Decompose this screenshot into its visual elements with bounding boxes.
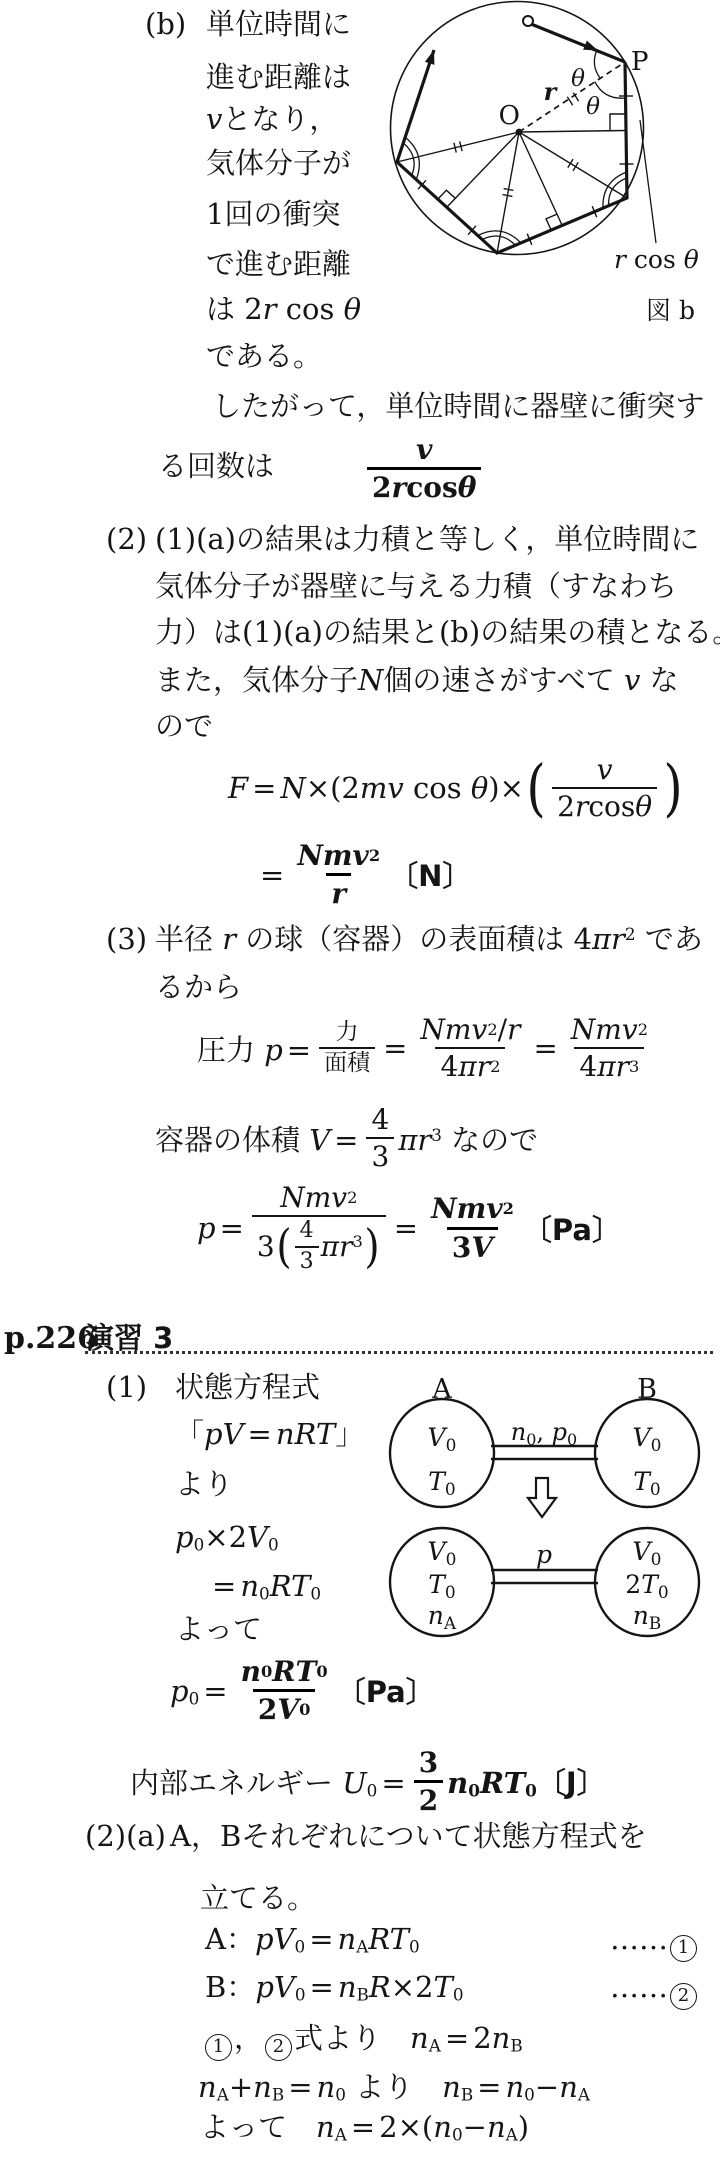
open-paren: ( (526, 760, 545, 816)
force-formula: F=N×(2mv cos θ)× ( v2r cos θ ) (228, 754, 685, 823)
close-paren: ) (364, 1226, 379, 1267)
flask-a-label: A (431, 1374, 452, 1405)
equation-b: B：pV0=nBR×2T0 (205, 1969, 464, 2006)
radius-r-label: r (544, 77, 559, 106)
flask-value: V0 (428, 1423, 457, 1456)
angle-theta-out-label: θ (586, 94, 600, 120)
point-p-label: P (631, 47, 649, 77)
item-2-line: また，気体分子N個の速さがすべて v な (155, 662, 679, 698)
ex3-2a-label: (2)(a) (85, 1818, 166, 1854)
flask-value: T0 (633, 1467, 661, 1500)
p0-result-formula: p0= n0RT02V0 〔Pa〕 (170, 1656, 435, 1726)
final-pressure-formula: p= Nmv2 3 ( 43 πr3 ) = Nmv23V 〔Pa〕 (197, 1182, 621, 1275)
ex3-2a-line: nA+nB=n0 より nB=n0−nA (198, 2069, 590, 2106)
dotted-rule (85, 1351, 713, 1354)
item-b-line: 気体分子が (206, 145, 351, 181)
close-paren: ) (664, 760, 683, 816)
flask-value: 2T0 (625, 1570, 668, 1603)
figure-b-sphere-diagram: P O θ θ r r cos θ (380, 0, 720, 286)
open-paren: ( (276, 1226, 291, 1267)
flask-value: T0 (428, 1570, 456, 1603)
center-o-label: O (499, 101, 520, 131)
item-3-line: 半径 r の球（容器）の表面積は 4πr2 であ (155, 921, 703, 957)
molecule-start-dot (523, 16, 533, 26)
flask-value: nB (633, 1601, 662, 1634)
item-b-conclusion-line: る回数は (158, 448, 274, 484)
arrowheads (425, 41, 598, 65)
item-b-line: vとなり， (206, 101, 338, 137)
item-2-line: (1)(a)の結果は力積と等しく，単位時間に (155, 521, 699, 557)
angle-theta-in-label: θ (571, 66, 585, 92)
force-result-formula: = Nmv2r 〔N〕 (256, 840, 471, 910)
item-b-line: で進む距離 (206, 246, 351, 282)
collision-rate-fraction: v2r cos θ (363, 434, 485, 504)
pressure-formula: 圧力 p= 力面積 = Nmv2/r4πr2 = Nmv24πr3 (197, 1014, 657, 1083)
radii (397, 62, 627, 253)
flask-value: V0 (428, 1537, 457, 1570)
textbook-solution-page: { "page":{"bg":"#ffffff","ink":"#151515"… (0, 0, 720, 2160)
flask-value: T0 (428, 1467, 456, 1500)
state-change-arrow-icon (528, 1478, 556, 1517)
item-b-line: 1回の衝突 (206, 196, 340, 232)
item-3-line: るから (155, 969, 242, 1005)
tube-label-bottom: p (536, 1540, 552, 1569)
equation-b-ref: ……2 (610, 1969, 699, 2010)
equation-a-ref: ……1 (610, 1921, 699, 1962)
volume-line: 容器の体積 V= 43 πr3 なので (155, 1104, 538, 1173)
ex3-2a-line: 立てる。 (200, 1880, 316, 1916)
internal-energy-formula: 内部エネルギー U0= 32 n0RT0〔J〕 (130, 1747, 606, 1817)
item-b-conclusion-line: したがって，単位時間に器壁に衝突す (212, 388, 704, 424)
ex3-1-line: 状態方程式 (175, 1369, 320, 1405)
ex3-1-line: p0×2V0 (175, 1519, 279, 1556)
ex3-1-label: (1) (106, 1369, 147, 1405)
rcos-leader-line (640, 120, 656, 243)
flask-value: nA (428, 1601, 457, 1634)
flask-value: V0 (633, 1423, 662, 1456)
connected-flasks-diagram: A B V0 T0 V0 T0 n0, p0 V0 T0 nA V0 2T0 n… (385, 1360, 715, 1655)
angle-arcs (403, 50, 626, 245)
item-3-label: (3) (106, 921, 147, 957)
ex3-2a-line: よって nA=2×(n0−nA) (200, 2109, 529, 2146)
item-2-line: 力）は(1)(a)の結果と(b)の結果の積となる。 (155, 614, 720, 650)
page-reference: p.226 (4, 1320, 98, 1358)
ex3-1-line: よって (175, 1611, 262, 1647)
flask-value: V0 (633, 1537, 662, 1570)
item-b-label: (b) (145, 6, 186, 42)
item-b-line: 単位時間に (206, 6, 351, 42)
ex3-1-line: 「pV=nRT」 (175, 1416, 364, 1452)
item-b-line: である。 (206, 338, 322, 374)
ex3-1-line: より (175, 1466, 233, 1502)
item-b-line: 進む距離は (206, 59, 351, 95)
figure-b-caption: 図 b (646, 291, 695, 327)
ex3-2a-line: A，Bそれぞれについて状態方程式を (170, 1818, 647, 1854)
item-2-label: (2) (106, 521, 147, 557)
item-2-line: 気体分子が器壁に与える力積（すなわち (155, 568, 677, 604)
item-b-line: は 2r cos θ (206, 291, 361, 327)
half-chord-label: r cos θ (614, 245, 699, 274)
ex3-1-line: =n0RT0 (208, 1568, 321, 1605)
equation-a: A：pV0=nART0 (205, 1921, 420, 1958)
tube-label-top: n0, p0 (511, 1418, 577, 1449)
ex3-2a-line: 1，2式より nA=2nB (203, 2020, 523, 2061)
flask-b-label: B (637, 1374, 657, 1405)
item-2-line: ので (155, 708, 213, 744)
